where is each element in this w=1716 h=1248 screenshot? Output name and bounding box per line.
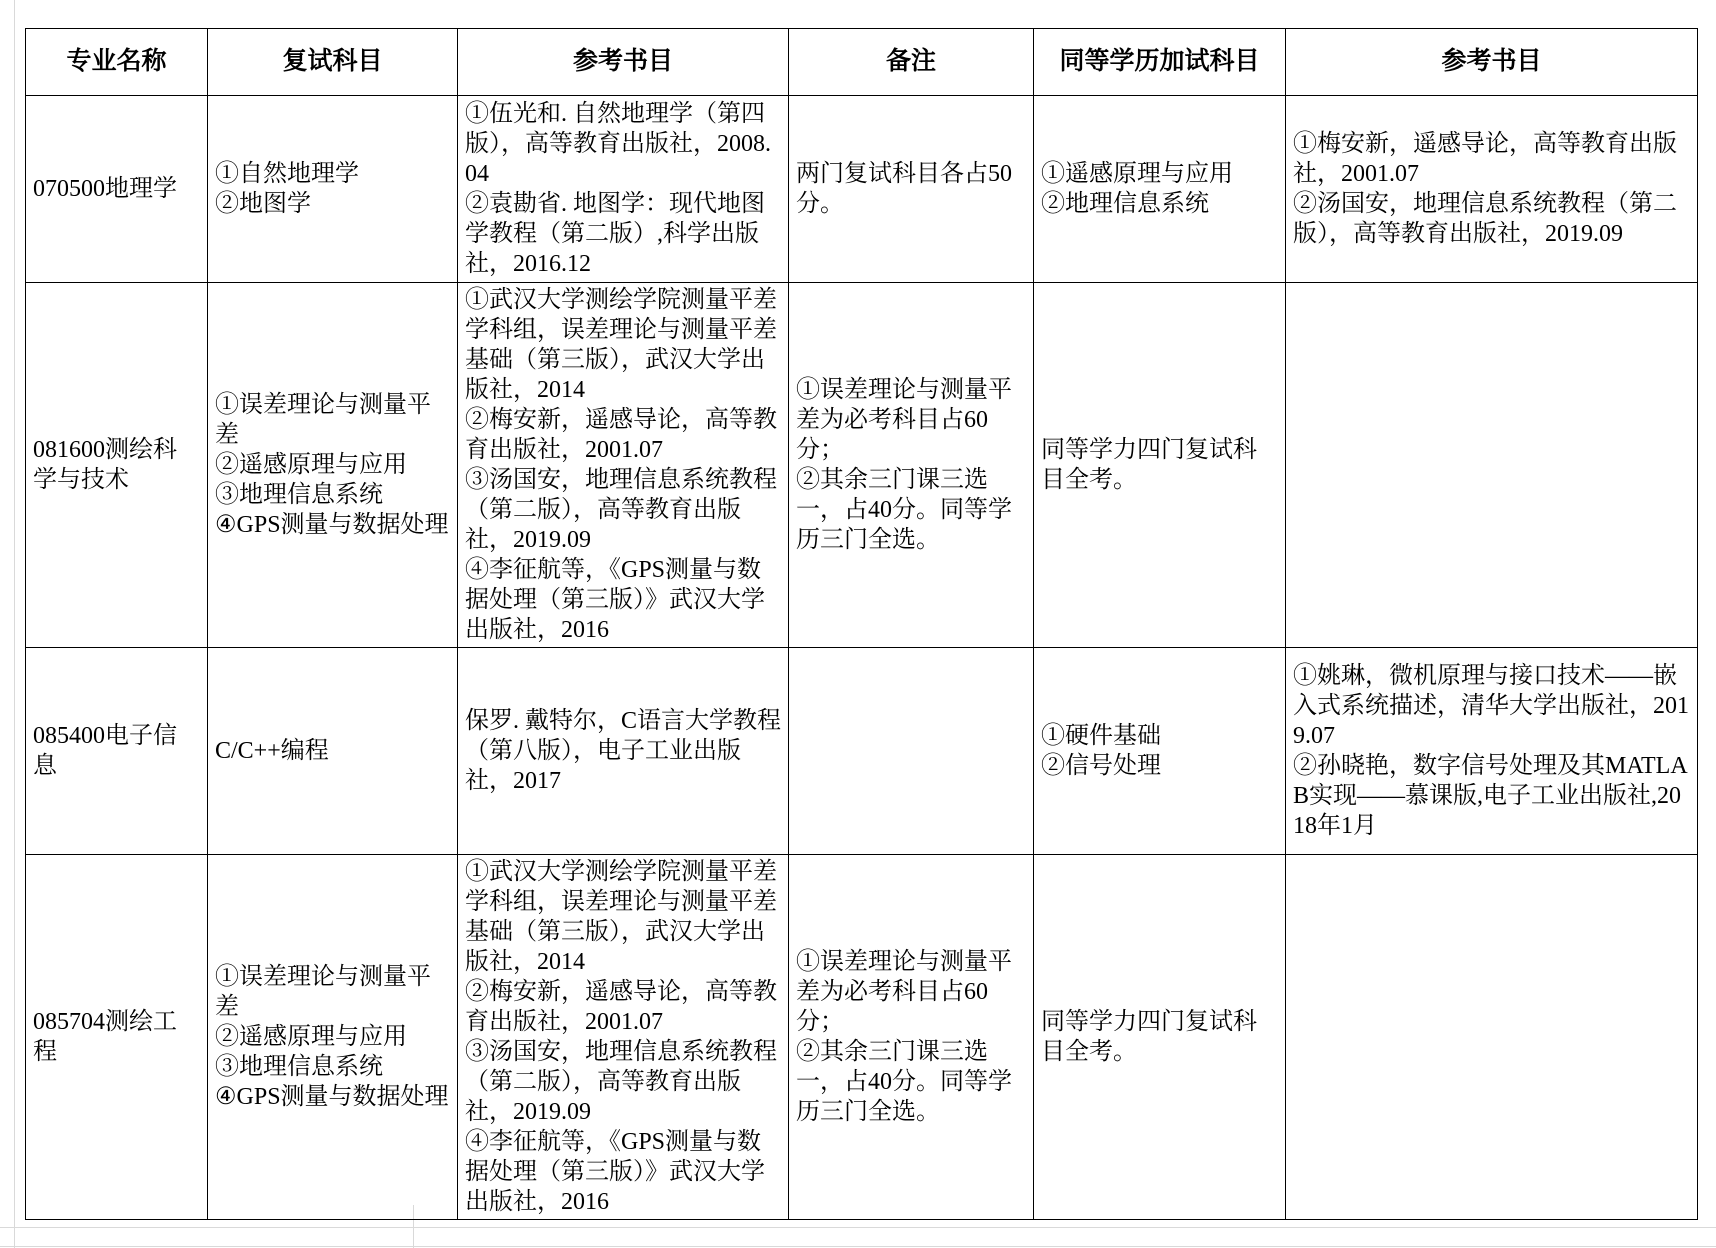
- cell-equivalent-subjects: ①硬件基础 ②信号处理: [1034, 648, 1286, 855]
- cell-equivalent-references: [1286, 855, 1698, 1220]
- cell-remarks: 两门复试科目各占50分。: [789, 96, 1034, 283]
- cell-major: 070500地理学: [26, 96, 208, 283]
- document-table: 专业名称 复试科目 参考书目 备注 同等学历加试科目 参考书目 070500地理…: [25, 28, 1698, 1220]
- col-header-retest-subjects: 复试科目: [208, 29, 458, 96]
- col-header-references: 参考书目: [458, 29, 789, 96]
- cell-equivalent-references: ①姚琳，微机原理与接口技术——嵌入式系统描述，清华大学出版社，2019.07 ②…: [1286, 648, 1698, 855]
- cell-retest-subjects: C/C++编程: [208, 648, 458, 855]
- table-header-row: 专业名称 复试科目 参考书目 备注 同等学历加试科目 参考书目: [26, 29, 1698, 96]
- cell-equivalent-subjects: 同等学力四门复试科目全考。: [1034, 283, 1286, 648]
- cell-remarks: [789, 648, 1034, 855]
- table-row: 085704测绘工程 ①误差理论与测量平差 ②遥感原理与应用 ③地理信息系统 ④…: [26, 855, 1698, 1220]
- cell-major: 081600测绘科学与技术: [26, 283, 208, 648]
- cell-equivalent-subjects: 同等学力四门复试科目全考。: [1034, 855, 1286, 1220]
- cell-major: 085400电子信息: [26, 648, 208, 855]
- cell-equivalent-subjects: ①遥感原理与应用 ②地理信息系统: [1034, 96, 1286, 283]
- col-header-equivalent-subjects: 同等学历加试科目: [1034, 29, 1286, 96]
- cell-references: ①伍光和. 自然地理学（第四版），高等教育出版社，2008.04 ②袁勘省. 地…: [458, 96, 789, 283]
- cell-retest-subjects: ①误差理论与测量平差 ②遥感原理与应用 ③地理信息系统 ④GPS测量与数据处理: [208, 855, 458, 1220]
- cell-major: 085704测绘工程: [26, 855, 208, 1220]
- col-header-remarks: 备注: [789, 29, 1034, 96]
- cell-retest-subjects: ①误差理论与测量平差 ②遥感原理与应用 ③地理信息系统 ④GPS测量与数据处理: [208, 283, 458, 648]
- cell-retest-subjects: ①自然地理学 ②地图学: [208, 96, 458, 283]
- cell-equivalent-references: ①梅安新，遥感导论，高等教育出版社，2001.07 ②汤国安，地理信息系统教程（…: [1286, 96, 1698, 283]
- cell-remarks: ①误差理论与测量平差为必考科目占60分； ②其余三门课三选一，占40分。同等学历…: [789, 855, 1034, 1220]
- gridline-vertical-left: [14, 0, 15, 1248]
- cell-references: ①武汉大学测绘学院测量平差学科组，误差理论与测量平差基础（第三版），武汉大学出版…: [458, 855, 789, 1220]
- cell-remarks: ①误差理论与测量平差为必考科目占60分； ②其余三门课三选一，占40分。同等学历…: [789, 283, 1034, 648]
- cell-references: 保罗. 戴特尔，C语言大学教程（第八版），电子工业出版社，2017: [458, 648, 789, 855]
- gridline-horizontal-bottom-2: [0, 1246, 1716, 1247]
- gridline-horizontal-bottom-1: [0, 1227, 1716, 1228]
- col-header-equivalent-references: 参考书目: [1286, 29, 1698, 96]
- table-row: 070500地理学 ①自然地理学 ②地图学 ①伍光和. 自然地理学（第四版），高…: [26, 96, 1698, 283]
- col-header-major: 专业名称: [26, 29, 208, 96]
- cell-equivalent-references: [1286, 283, 1698, 648]
- table-row: 085400电子信息 C/C++编程 保罗. 戴特尔，C语言大学教程（第八版），…: [26, 648, 1698, 855]
- cell-references: ①武汉大学测绘学院测量平差学科组，误差理论与测量平差基础（第三版），武汉大学出版…: [458, 283, 789, 648]
- table-row: 081600测绘科学与技术 ①误差理论与测量平差 ②遥感原理与应用 ③地理信息系…: [26, 283, 1698, 648]
